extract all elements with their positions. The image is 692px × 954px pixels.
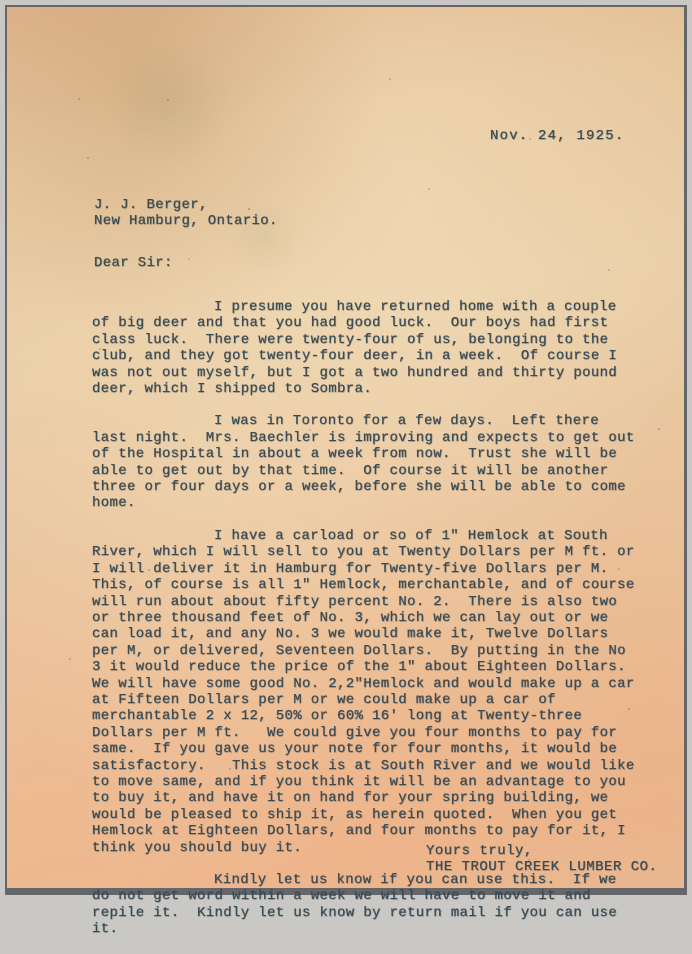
paragraph-reply-request: Kindly let us know if you can use this. …	[92, 872, 637, 900]
letter-body: I presume you have returned home with a …	[92, 299, 637, 900]
paper-texture	[7, 7, 9, 9]
valediction: Yours truly,	[426, 843, 657, 859]
company-signature: THE TROUT CREEK LUMBER CO.	[426, 859, 657, 875]
paragraph-deer-hunting: I presume you have returned home with a …	[92, 299, 637, 397]
letter-page: Nov. 24, 1925. J. J. Berger, New Hamburg…	[7, 7, 684, 888]
letter-date: Nov. 24, 1925.	[490, 128, 624, 144]
paragraph-hemlock-offer: I have a carload or so of 1" Hemlock at …	[92, 528, 637, 856]
recipient-block: J. J. Berger, New Hamburg, Ontario.	[94, 197, 278, 230]
scan-frame: Nov. 24, 1925. J. J. Berger, New Hamburg…	[5, 5, 687, 895]
paragraph-toronto-hospital: I was in Toronto for a few days. Left th…	[92, 413, 637, 511]
salutation: Dear Sir:	[94, 255, 173, 271]
recipient-name: J. J. Berger,	[94, 197, 278, 213]
recipient-address: New Hamburg, Ontario.	[94, 213, 278, 229]
closing-block: Yours truly, THE TROUT CREEK LUMBER CO.	[426, 843, 657, 876]
